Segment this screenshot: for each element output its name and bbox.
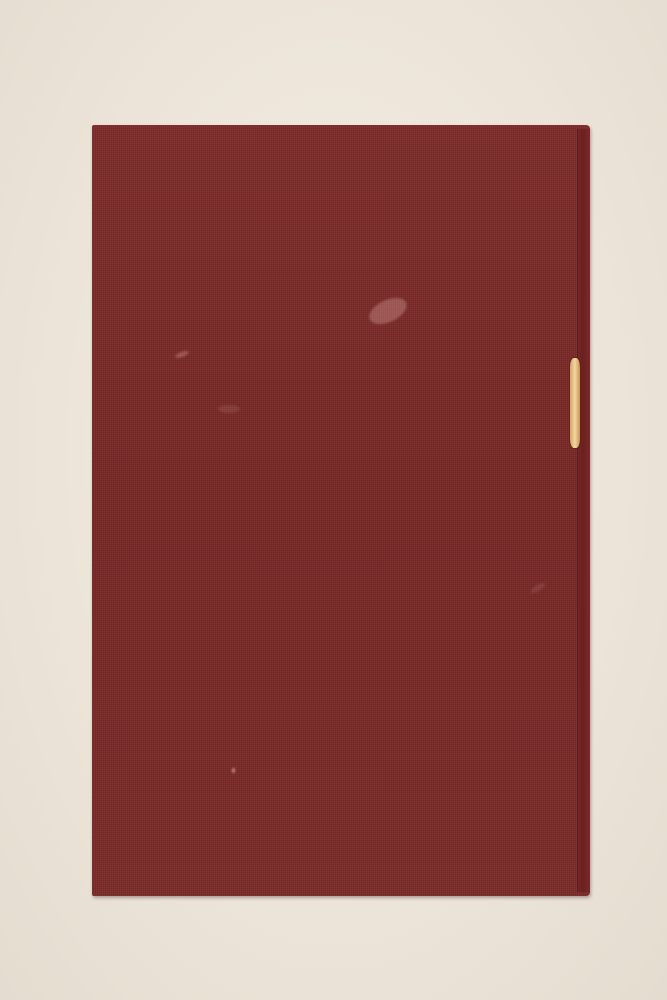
cover-scuff-mark (232, 768, 235, 773)
cover-scuff-mark (218, 405, 240, 413)
hinge-tear (570, 358, 580, 448)
book-cover (92, 125, 590, 896)
book-spine-edge (577, 129, 590, 892)
